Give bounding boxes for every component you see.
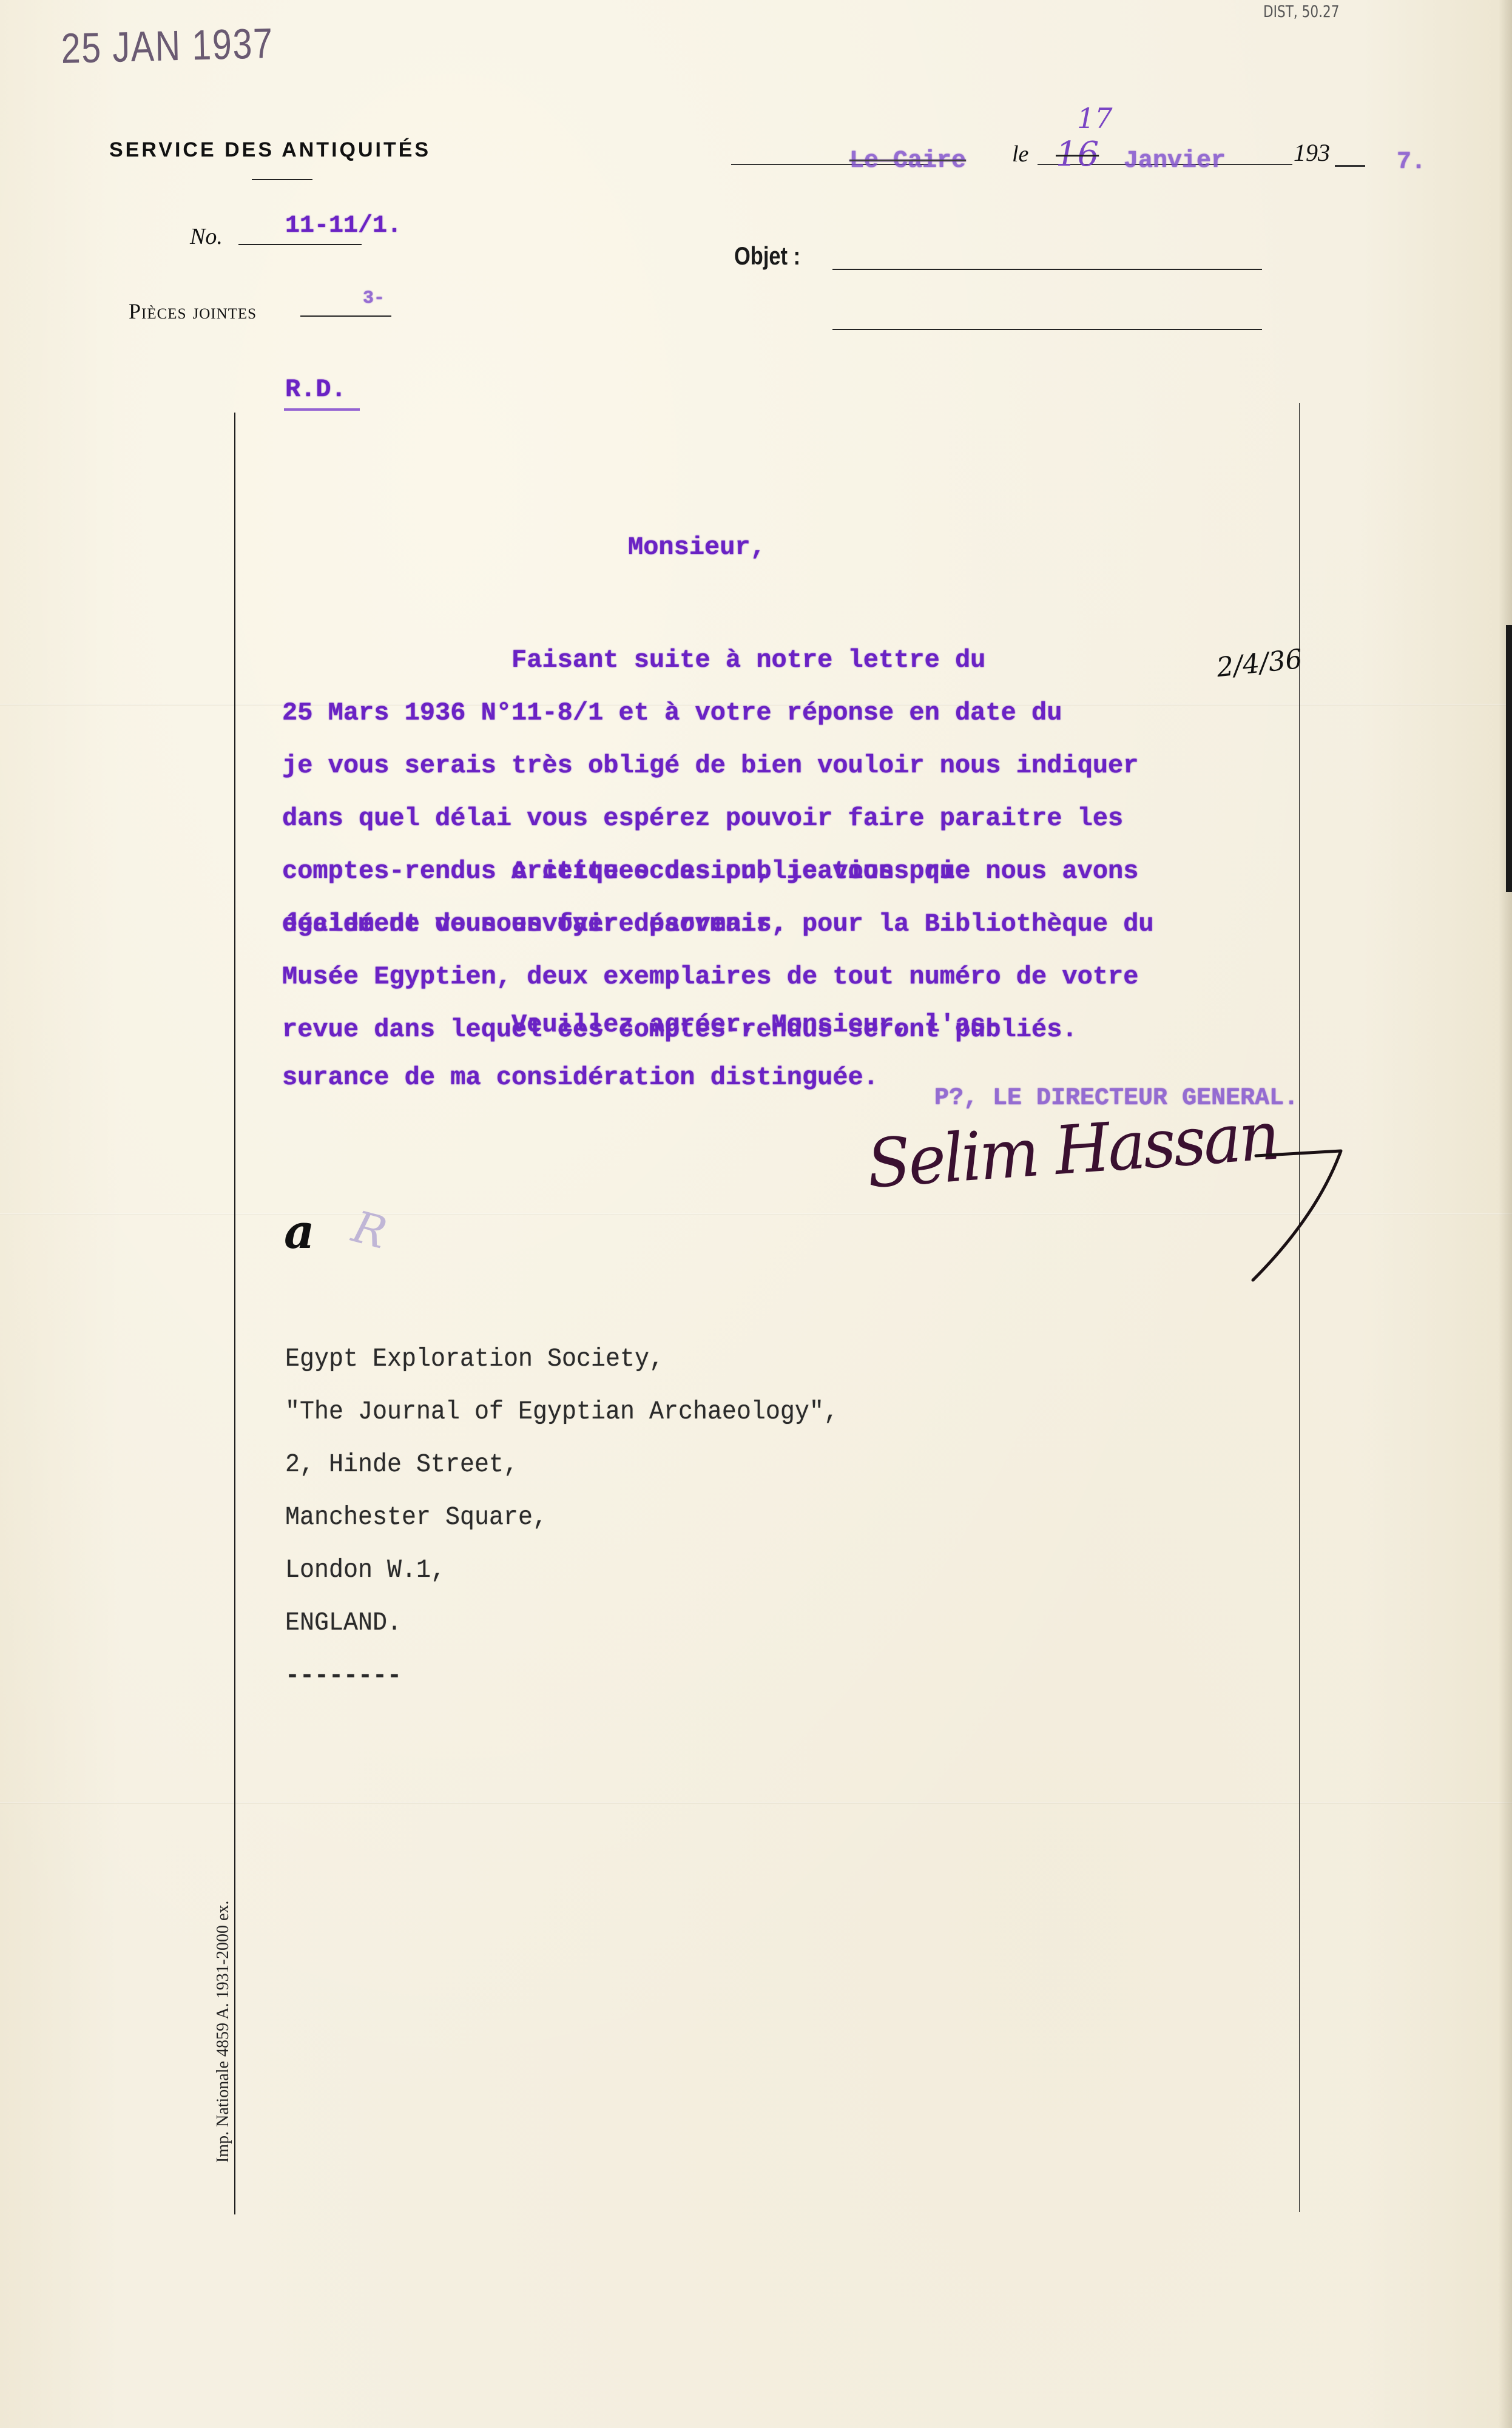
organization-name: SERVICE DES ANTIQUITÉS	[109, 138, 431, 162]
paper-fold	[0, 1802, 1512, 1804]
subject-line-2	[832, 329, 1262, 330]
number-label: No.	[190, 223, 223, 250]
address-line: Manchester Square,	[285, 1502, 839, 1533]
initials: R.D.	[285, 375, 346, 404]
signature-flourish	[1250, 1144, 1353, 1283]
left-margin-line	[234, 413, 235, 2214]
letterhead-rule	[252, 179, 312, 180]
address-line: London W.1,	[285, 1554, 839, 1585]
initials-underline	[284, 408, 360, 411]
archive-reference: DIST, 50.27	[1263, 2, 1339, 21]
handwritten-date-insert: 2/4/36	[1215, 644, 1304, 684]
year-prefix: 193	[1294, 138, 1330, 167]
paper-edge-gap	[1506, 625, 1512, 892]
attachments-label: Pièces jointes	[129, 298, 257, 324]
paragraph-3: Veuillez agréer, Monsieur, l'as- surance…	[282, 988, 1001, 1104]
address-line: --------	[285, 1660, 839, 1691]
printer-imprint: Imp. Nationale 4859 A. 1931-2000 ex.	[214, 1901, 233, 2163]
year-underline	[1335, 165, 1365, 167]
paragraph-line: surance de ma considération distinguée.	[282, 1062, 1001, 1093]
date-le-label: le	[1012, 141, 1028, 167]
address-line: "The Journal of Egyptian Archaeology",	[285, 1396, 839, 1427]
paragraph-line: Veuillez agréer, Monsieur, l'as-	[282, 1010, 1001, 1040]
paper-edge-shadow	[1499, 0, 1512, 2428]
received-date-stamp: 25 JAN 1937	[61, 19, 274, 73]
recipient-address: Egypt Exploration Society, "The Journal …	[285, 1321, 880, 1702]
paragraph-line: A cette occasion, je vous prie	[282, 856, 1154, 887]
paragraph-line: 25 Mars 1936 N°11-8/1 et à votre réponse…	[282, 698, 1138, 729]
reference-number: 11-11/1.	[285, 212, 402, 240]
handwritten-signature: Selim Hassan	[865, 1097, 1280, 1203]
marginal-mark: R	[347, 1201, 392, 1258]
address-line: 2, Hinde Street,	[285, 1449, 839, 1480]
month-typed: Janvier	[1124, 147, 1226, 175]
attachments-underline	[300, 315, 391, 317]
paragraph-line: Faisant suite à notre lettre du	[282, 645, 1138, 676]
attachments-value: 3-	[363, 288, 385, 309]
paragraph-line: dans quel délai vous espérez pouvoir fai…	[282, 803, 1138, 834]
address-line: Egypt Exploration Society,	[285, 1343, 839, 1374]
subject-line-1	[832, 269, 1262, 270]
paragraph-line: également de nous faire parvenir, pour l…	[282, 909, 1154, 940]
subject-label: Objet :	[734, 241, 800, 271]
marginal-initials: a	[284, 1204, 315, 1260]
place-typed: Le Caire	[849, 147, 966, 175]
year-suffix: 7.	[1397, 149, 1426, 176]
day-typed: 16	[1056, 135, 1099, 174]
salutation: Monsieur,	[628, 533, 766, 562]
address-line: ENGLAND.	[285, 1607, 839, 1638]
number-underline	[238, 244, 362, 245]
paragraph-line: je vous serais très obligé de bien voulo…	[282, 750, 1138, 781]
day-handwritten: 17	[1077, 102, 1113, 135]
